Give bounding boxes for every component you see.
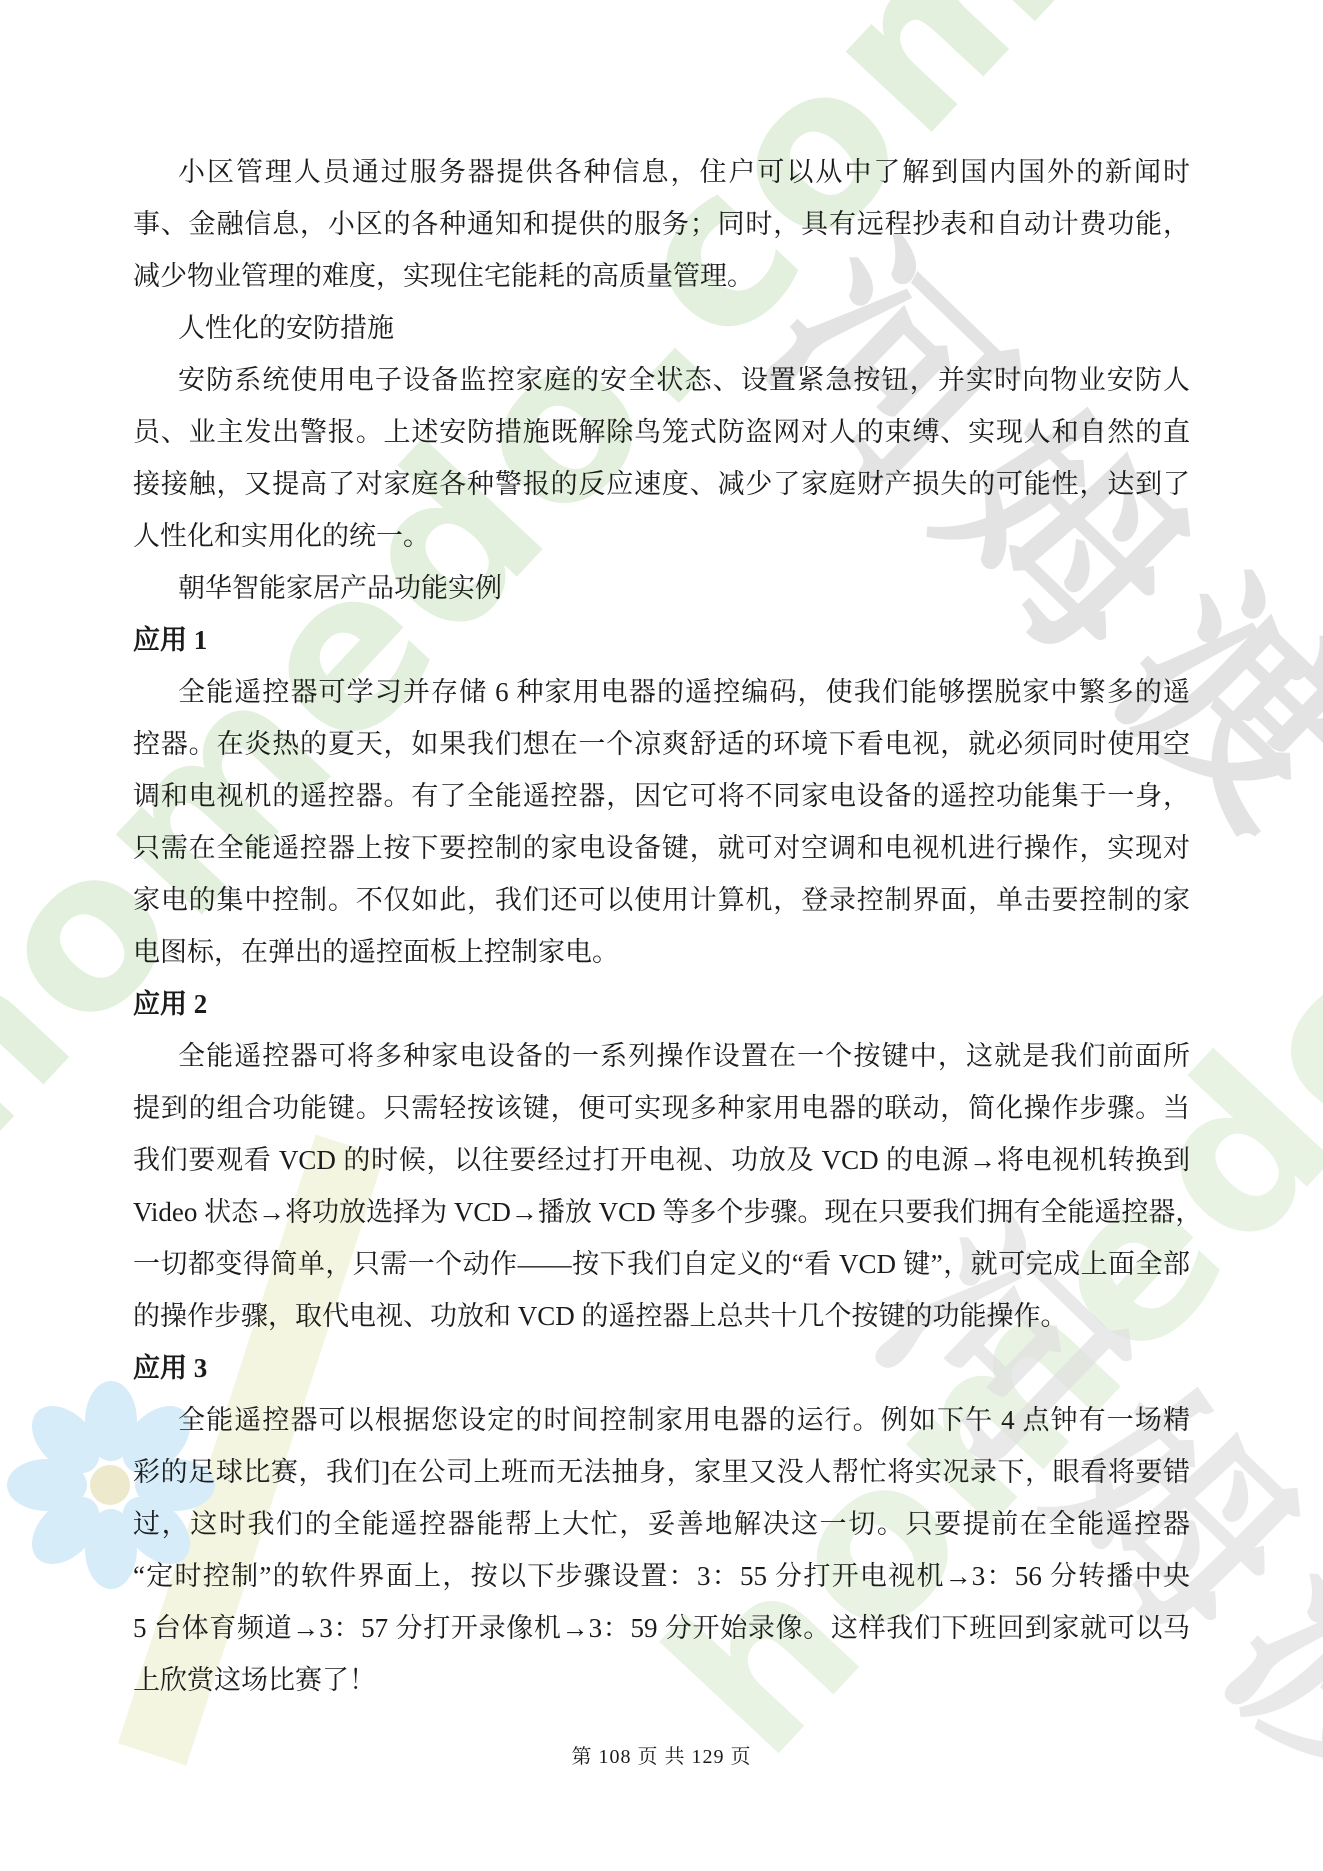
section-heading: 应用 3: [133, 1342, 1190, 1394]
text-line: 安防系统使用电子设备监控家庭的安全状态、设置紧急按钮，并实时向物业安防人: [133, 354, 1190, 406]
paragraph: 安防系统使用电子设备监控家庭的安全状态、设置紧急按钮，并实时向物业安防人员、业主…: [133, 354, 1190, 562]
text-line: 上欣赏这场比赛了！: [133, 1654, 1190, 1706]
document-page: homedo.com homedo.com 河姆渡 河姆渡 小区管理人员通过服务…: [0, 0, 1323, 1871]
text-line: 的操作步骤，取代电视、功放和 VCD 的遥控器上总共十几个按键的功能操作。: [133, 1290, 1190, 1342]
sub-heading: 朝华智能家居产品功能实例: [133, 562, 1190, 614]
text-line: 我们要观看 VCD 的时候，以往要经过打开电视、功放及 VCD 的电源→将电视机…: [133, 1134, 1190, 1186]
page-footer: 第 108 页 共 129 页: [0, 1740, 1323, 1769]
text-line: 小区管理人员通过服务器提供各种信息，住户可以从中了解到国内国外的新闻时: [133, 146, 1190, 198]
text-line: “定时控制”的软件界面上，按以下步骤设置：3：55 分打开电视机→3：56 分转…: [133, 1550, 1190, 1602]
page-number: 第 108 页 共 129 页: [572, 1746, 752, 1768]
text-line: 提到的组合功能键。只需轻按该键，便可实现多种家用电器的联动，简化操作步骤。当: [133, 1082, 1190, 1134]
text-line: 全能遥控器可以根据您设定的时间控制家用电器的运行。例如下午 4 点钟有一场精: [133, 1394, 1190, 1446]
flower-petal: [19, 1393, 112, 1486]
text-line: 事、金融信息，小区的各种通知和提供的服务；同时，具有远程抄表和自动计费功能，: [133, 198, 1190, 250]
text-line: 全能遥控器可将多种家电设备的一系列操作设置在一个按键中，这就是我们前面所: [133, 1030, 1190, 1082]
flower-petal: [19, 1484, 112, 1577]
document-body: 小区管理人员通过服务器提供各种信息，住户可以从中了解到国内国外的新闻时事、金融信…: [133, 146, 1190, 1706]
sub-heading: 人性化的安防措施: [133, 302, 1190, 354]
paragraph: 小区管理人员通过服务器提供各种信息，住户可以从中了解到国内国外的新闻时事、金融信…: [133, 146, 1190, 302]
text-line: 过，这时我们的全能遥控器能帮上大忙，妥善地解决这一切。只要提前在全能遥控器: [133, 1498, 1190, 1550]
paragraph: 全能遥控器可学习并存储 6 种家用电器的遥控编码，使我们能够摆脱家中繁多的遥控器…: [133, 666, 1190, 978]
flower-petal: [7, 1459, 87, 1511]
text-line: 员、业主发出警报。上述安防措施既解除鸟笼式防盗网对人的束缚、实现人和自然的直: [133, 406, 1190, 458]
text-line: 调和电视机的遥控器。有了全能遥控器，因它可将不同家电设备的遥控功能集于一身，: [133, 770, 1190, 822]
text-line: 家电的集中控制。不仅如此，我们还可以使用计算机，登录控制界面，单击要控制的家: [133, 874, 1190, 926]
text-line: 5 台体育频道→3：57 分打开录像机→3：59 分开始录像。这样我们下班回到家…: [133, 1602, 1190, 1654]
flower-center: [90, 1465, 130, 1505]
paragraph: 全能遥控器可以根据您设定的时间控制家用电器的运行。例如下午 4 点钟有一场精彩的…: [133, 1394, 1190, 1706]
flower-petal: [85, 1509, 137, 1589]
flower-petal: [85, 1381, 137, 1461]
section-heading: 应用 2: [133, 978, 1190, 1030]
text-line: 只需在全能遥控器上按下要控制的家电设备键，就可对空调和电视机进行操作，实现对: [133, 822, 1190, 874]
text-line: 人性化和实用化的统一。: [133, 510, 1190, 562]
text-line: 全能遥控器可学习并存储 6 种家用电器的遥控编码，使我们能够摆脱家中繁多的遥: [133, 666, 1190, 718]
text-line: 一切都变得简单，只需一个动作——按下我们自定义的“看 VCD 键”，就可完成上面…: [133, 1238, 1190, 1290]
text-line: Video 状态→将功放选择为 VCD→播放 VCD 等多个步骤。现在只要我们拥…: [133, 1186, 1190, 1238]
text-line: 减少物业管理的难度，实现住宅能耗的高质量管理。: [133, 250, 1190, 302]
section-heading: 应用 1: [133, 614, 1190, 666]
text-line: 电图标，在弹出的遥控面板上控制家电。: [133, 926, 1190, 978]
text-line: 控器。在炎热的夏天，如果我们想在一个凉爽舒适的环境下看电视，就必须同时使用空: [133, 718, 1190, 770]
text-line: 彩的足球比赛，我们]在公司上班而无法抽身，家里又没人帮忙将实况录下，眼看将要错: [133, 1446, 1190, 1498]
paragraph: 全能遥控器可将多种家电设备的一系列操作设置在一个按键中，这就是我们前面所提到的组…: [133, 1030, 1190, 1342]
text-line: 接接触，又提高了对家庭各种警报的反应速度、减少了家庭财产损失的可能性，达到了: [133, 458, 1190, 510]
